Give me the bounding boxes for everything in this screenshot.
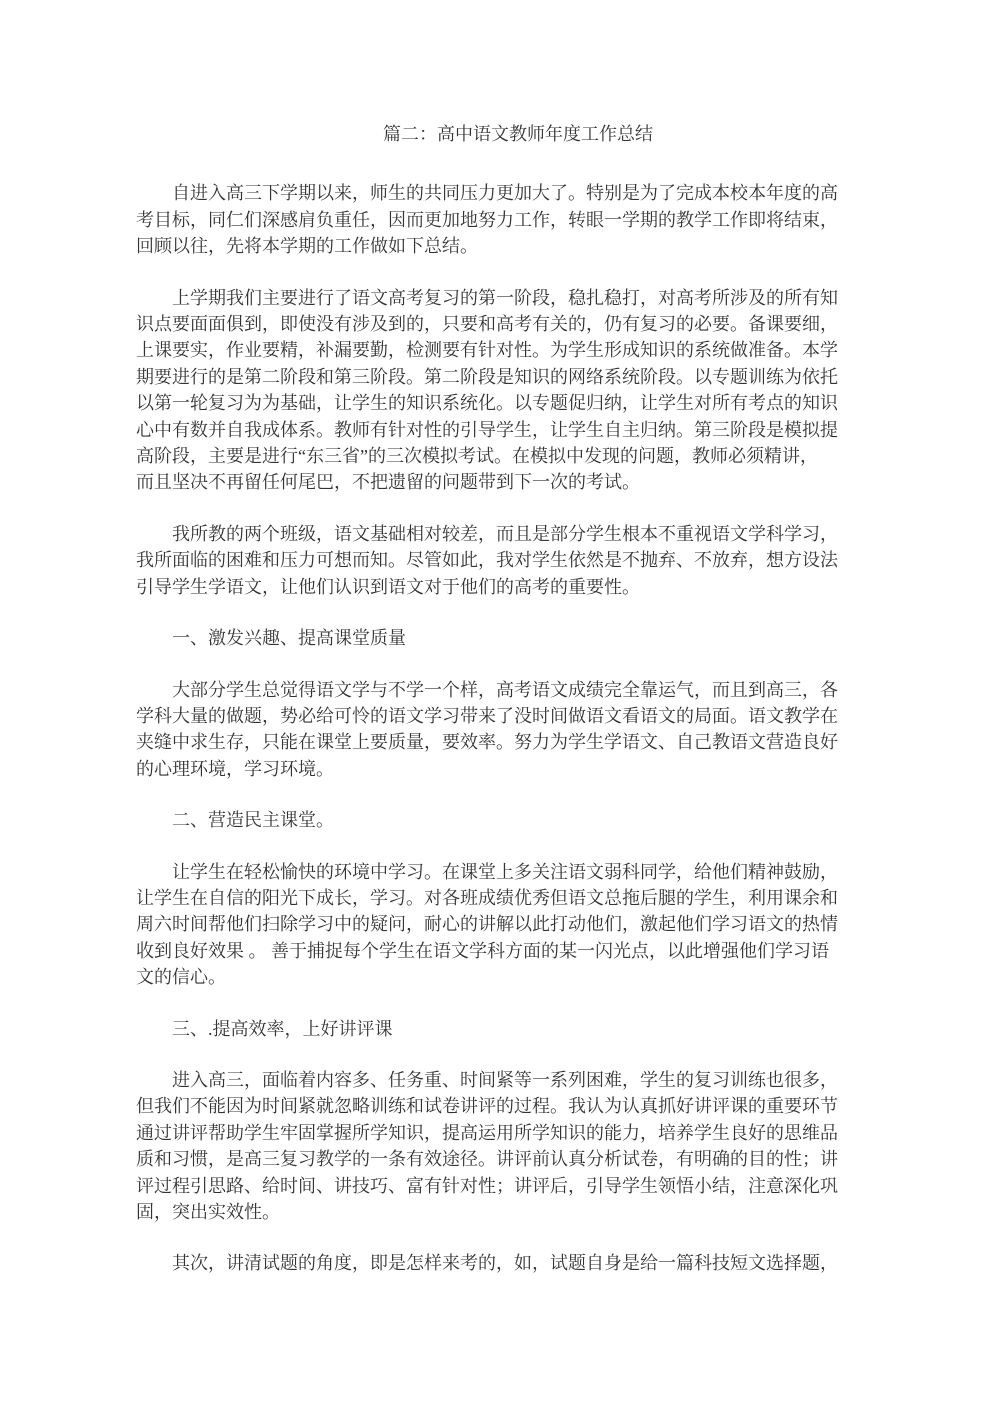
paragraph-closing: 其次，讲清试题的角度，即是怎样来考的，如，试题自身是给一篇科技短文选择题， (136, 1250, 852, 1276)
section-heading-2: 二、营造民主课堂。 (136, 807, 852, 833)
section-heading-1: 一、激发兴趣、提高课堂质量 (136, 625, 852, 651)
document-page: 篇二：高中语文教师年度工作总结 自进入高三下学期以来，师生的共同压力更加大了。特… (0, 0, 1000, 1415)
paragraph-section-2: 让学生在轻松愉快的环境中学习。在课堂上多关注语文弱科同学，给他们精神鼓励， 让学… (136, 859, 852, 991)
paragraph-review-stages: 上学期我们主要进行了语文高考复习的第一阶段，稳扎稳打，对高考所涉及的所有知 识点… (136, 285, 852, 496)
document-title: 篇二：高中语文教师年度工作总结 (136, 121, 852, 147)
section-heading-3: 三、.提高效率，上好讲评课 (136, 1016, 852, 1042)
paragraph-intro: 自进入高三下学期以来，师生的共同压力更加大了。特别是为了完成本校本年度的高 考目… (136, 180, 852, 259)
paragraph-section-1: 大部分学生总觉得语文学与不学一个样，高考语文成绩完全靠运气，而且到高三，各 学科… (136, 677, 852, 783)
paragraph-class-situation: 我所教的两个班级，语文基础相对较差，而且是部分学生根本不重视语文学科学习， 我所… (136, 521, 852, 600)
paragraph-section-3: 进入高三，面临着内容多、任务重、时间紧等一系列困难，学生的复习训练也很多， 但我… (136, 1067, 852, 1225)
